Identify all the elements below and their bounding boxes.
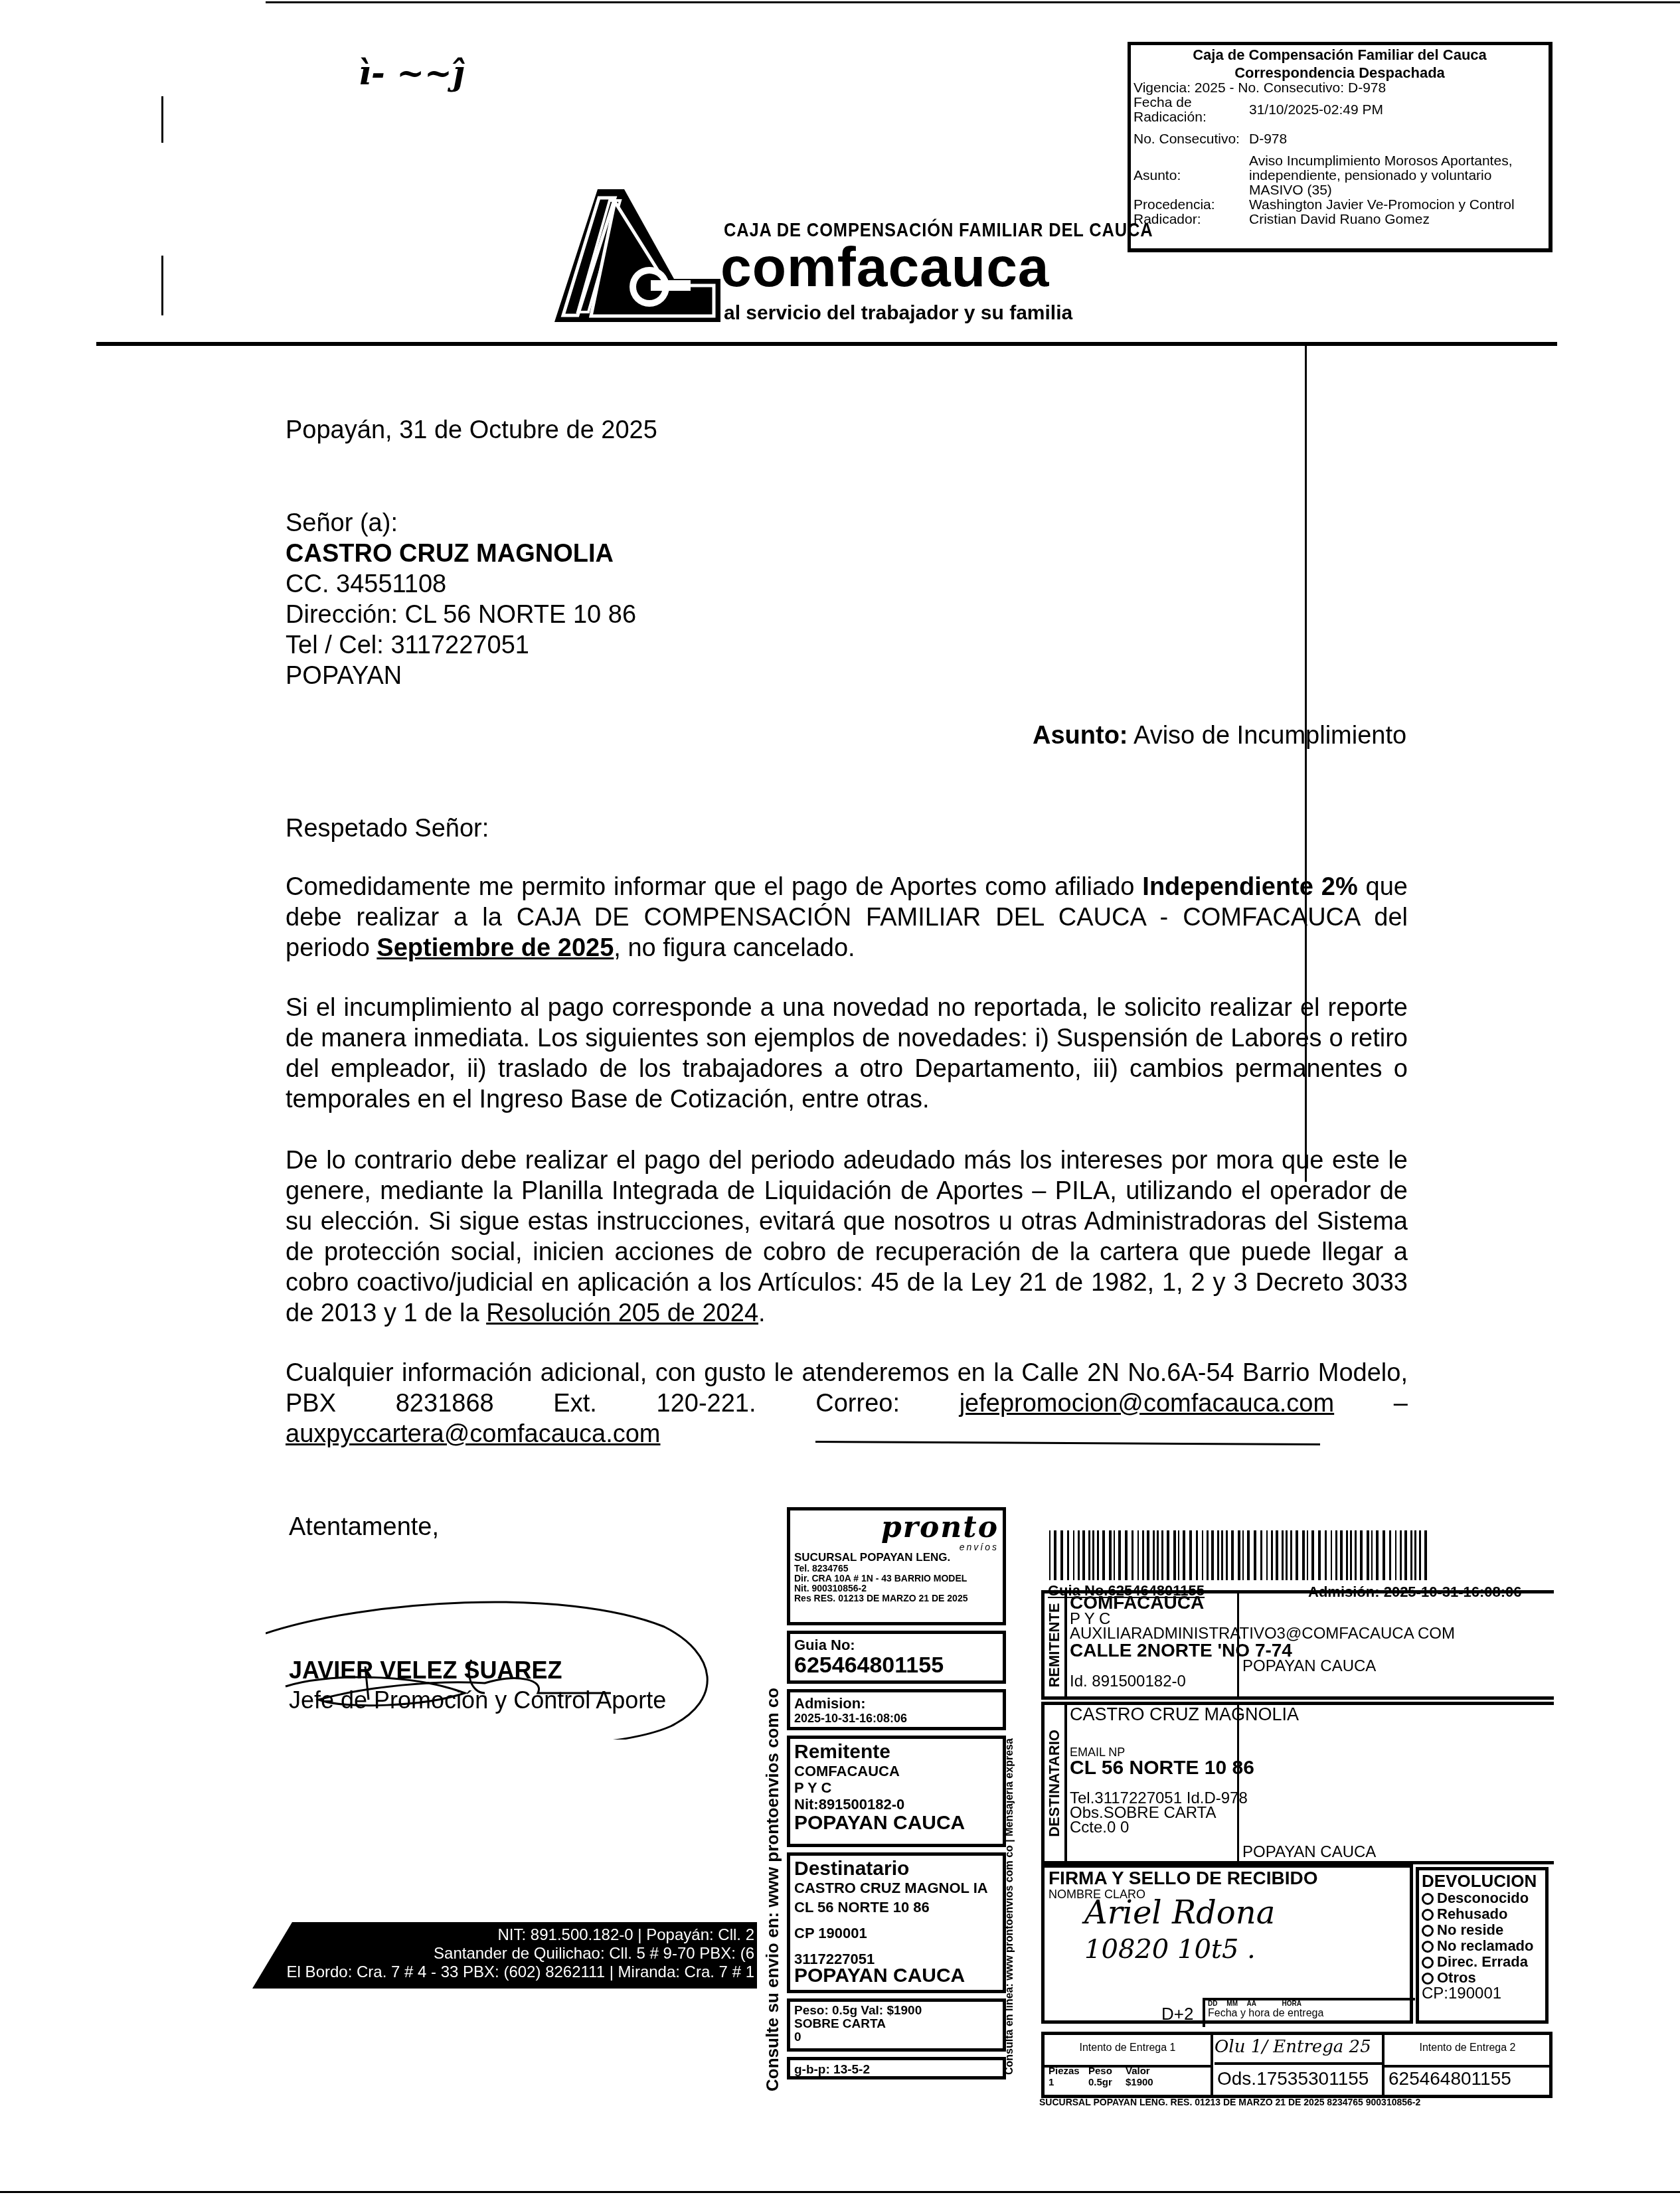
devolucion-option[interactable]: Rehusado: [1422, 1906, 1543, 1922]
option-label: No reclamado: [1437, 1937, 1534, 1954]
firma-title: FIRMA Y SELLO DE RECIBIDO: [1049, 1868, 1318, 1889]
stamp-title: Caja de Compensación Familiar del Cauca: [1131, 47, 1549, 63]
courier-dir: Dir. CRA 10A # 1N - 43 BARRIO MODEL: [794, 1574, 999, 1584]
letter-greeting: Respetado Señor:: [286, 813, 489, 844]
remitente-name: COMFACAUCA: [794, 1763, 999, 1779]
peso-value: Peso: 0.5g Val: $1900: [794, 2004, 999, 2018]
courier-footnote: SUCURSAL POPAYAN LENG. RES. 01213 DE MAR…: [1039, 2097, 1420, 2107]
comfacauca-logo-icon: [551, 186, 724, 325]
guia-label: Guia No:: [794, 1637, 999, 1653]
stamp-key: Fecha de Radicación:: [1131, 96, 1246, 125]
package-count: 0: [794, 2031, 999, 2044]
devolucion-title: DEVOLUCION: [1422, 1872, 1543, 1890]
destinatario-name: CASTRO CRUZ MAGNOL IA: [794, 1880, 999, 1896]
courier-vertical-text: Consulta en línea: www prontoenvios com …: [1004, 1738, 1016, 2075]
intento-1: Intento de Entrega 1: [1045, 2035, 1213, 2068]
courier-tel: Tel. 8234765: [794, 1564, 999, 1574]
correspondence-stamp: Caja de Compensación Familiar del Cauca …: [1128, 42, 1553, 252]
barcode-icon: [1049, 1530, 1434, 1580]
dest-ccte: Ccte.0 0: [1070, 1821, 1299, 1835]
remitente-box: Remitente COMFACAUCA P Y C Nit:891500182…: [787, 1736, 1006, 1847]
courier-vertical-text: Consulte su envio en: www prontoenvios c…: [762, 1688, 783, 2091]
valor-label: Valor: [1126, 2066, 1153, 2077]
footer-address-band: NIT: 891.500.182-0 | Popayán: Cll. 2 San…: [252, 1922, 757, 1989]
destinatario-city: POPAYAN CAUCA: [794, 1967, 999, 1985]
option-label: Rehusado: [1437, 1906, 1507, 1922]
remitente-tab-label: REMITENTE: [1046, 1603, 1063, 1687]
remitente-tab: REMITENTE: [1045, 1593, 1067, 1696]
letter-closing: Atentamente,: [289, 1512, 439, 1542]
courier-header-box: pronto envíos SUCURSAL POPAYAN LENG. Tel…: [787, 1507, 1006, 1625]
recipient-address: Dirección: CL 56 NORTE 10 86: [286, 600, 636, 630]
fecha-entrega-field[interactable]: DD MM AA HORA Fecha y hora de entrega: [1203, 1998, 1415, 2027]
paragraph-3: De lo contrario debe realizar el pago de…: [286, 1145, 1408, 1329]
guia-box: Guia No: 625464801155: [787, 1631, 1006, 1684]
gbp-code: g-b-p: 13-5-2: [794, 2062, 999, 2078]
courier-res: Res RES. 01213 DE MARZO 21 DE 2025: [794, 1593, 999, 1603]
recipient-salutation: Señor (a):: [286, 508, 636, 538]
letter-date: Popayán, 31 de Octubre de 2025: [286, 415, 657, 446]
signer-title: Jefe de Promoción y Control Aporte: [289, 1686, 666, 1714]
header-divider: [96, 342, 1557, 346]
paragraph-1: Comedidamente me permito informar que el…: [286, 872, 1408, 963]
peso-col: Peso0.5gr: [1088, 2066, 1112, 2088]
remitente-nit: Nit:891500182-0: [794, 1796, 999, 1813]
recipient-city: POPAYAN: [286, 661, 636, 691]
handwritten-recipient-name: Ariel Rdona: [1084, 1894, 1275, 1931]
radio-icon: [1422, 1973, 1434, 1985]
destinatario-tab-label: DESTINATARIO: [1046, 1730, 1063, 1837]
destinatario-address: CL 56 NORTE 10 86: [794, 1899, 999, 1915]
radio-icon: [1422, 1909, 1434, 1921]
period-due: Septiembre de 2025: [377, 934, 614, 962]
piezas-col: Piezas1: [1049, 2066, 1080, 2088]
courier-branch: SUCURSAL POPAYAN LENG.: [794, 1552, 999, 1564]
devolucion-option[interactable]: No reclamado: [1422, 1938, 1543, 1954]
destinatario-label: Destinatario: [794, 1858, 999, 1880]
stamp-row: Fecha de Radicación:31/10/2025-02:49 PM: [1131, 96, 1549, 125]
stamp-key: Procedencia:: [1131, 198, 1246, 212]
admision-label: Admision:: [794, 1695, 999, 1712]
email-link-jefepromocion[interactable]: jefepromocion@comfacauca.com: [960, 1390, 1335, 1418]
rem-id: Id. 891500182-0: [1070, 1674, 1455, 1689]
fecha-header: DD MM AA HORA: [1208, 2000, 1415, 2008]
fecha-label: Fecha y hora de entrega: [1208, 2008, 1415, 2020]
column-divider: [1237, 1705, 1239, 1864]
stamp-key: No. Consecutivo:: [1131, 125, 1246, 154]
resolution-ref: Resolución 205 de 2024: [486, 1299, 758, 1327]
p4-text: –: [1334, 1390, 1408, 1418]
option-label: No reside: [1437, 1921, 1503, 1938]
piezas-value: 1: [1049, 2077, 1080, 2088]
destinatario-tab: DESTINATARIO: [1045, 1705, 1067, 1861]
stamp-row: Procedencia:Washington Javier Ve-Promoci…: [1131, 198, 1549, 212]
scan-mark: [161, 256, 163, 315]
scan-edge-line: [0, 2191, 1680, 2193]
stamp-value: Washington Javier Ve-Promocion y Control: [1246, 198, 1549, 212]
radio-icon: [1422, 1925, 1434, 1937]
p1-text: , no figura cancelado.: [614, 934, 855, 962]
remitente-dept: P Y C: [794, 1779, 999, 1796]
radio-icon: [1422, 1941, 1434, 1953]
stamp-row: Asunto:Aviso Incumplimiento Morosos Apor…: [1131, 154, 1549, 198]
firma-section: FIRMA Y SELLO DE RECIBIDO NOMBRE CLARO A…: [1041, 1864, 1413, 2024]
brand-slogan: al servicio del trabajador y su familia: [724, 302, 1072, 325]
footer-line: NIT: 891.500.182-0 | Popayán: Cll. 2: [252, 1926, 757, 1945]
delivery-attempts: Intento de Entrega 1 Olu 1/ Entrega 25 I…: [1041, 2032, 1553, 2098]
remitente-label: Remitente: [794, 1742, 999, 1763]
recipient-name: CASTRO CRUZ MAGNOLIA: [286, 538, 636, 569]
p1-text: Comedidamente me permito informar que el…: [286, 873, 1142, 901]
courier-label-left: pronto envíos SUCURSAL POPAYAN LENG. Tel…: [787, 1507, 1006, 2085]
ods-number: Ods.17535301155: [1217, 2068, 1369, 2089]
stamp-value: Cristian David Ruano Gomez: [1246, 212, 1549, 227]
footer-line: El Bordo: Cra. 7 # 4 - 33 PBX: (602) 826…: [252, 1963, 757, 1982]
letter-subject: Asunto: Aviso de Incumplimiento: [1033, 720, 1406, 751]
dest-address: CL 56 NORTE 10 86: [1070, 1758, 1299, 1778]
paragraph-4: Cualquier información adicional, con gus…: [286, 1358, 1408, 1449]
devolucion-section: DEVOLUCION Desconocido Rehusado No resid…: [1416, 1867, 1549, 2024]
column-divider: [1211, 2065, 1213, 2098]
dest-city: POPAYAN CAUCA: [1242, 1843, 1376, 1862]
column-divider: [1382, 2065, 1385, 2098]
stamp-value: D-978: [1246, 125, 1549, 154]
handwritten-mark: ì- ~~ĵ: [359, 53, 464, 92]
devolucion-option[interactable]: Direc. Errada: [1422, 1954, 1543, 1970]
destinatario-cp: CP 190001: [794, 1925, 999, 1941]
destinatario-box: Destinatario CASTRO CRUZ MAGNOL IA CL 56…: [787, 1852, 1006, 1993]
pronto-logo-icon: pronto: [794, 1513, 999, 1542]
scan-mark: [161, 96, 163, 143]
devolucion-option[interactable]: Otros: [1422, 1970, 1543, 1986]
remitente-section: REMITENTE COMFACAUCA P Y C AUXILIARADMIN…: [1041, 1590, 1554, 1700]
stamp-value: 31/10/2025-02:49 PM: [1246, 96, 1549, 125]
peso-value: 0.5gr: [1088, 2077, 1112, 2088]
subject-label: Asunto:: [1033, 722, 1128, 750]
option-label: Direc. Errada: [1437, 1953, 1528, 1970]
option-label: Desconocido: [1437, 1890, 1529, 1906]
subject-text: Aviso de Incumplimiento: [1134, 722, 1406, 750]
devolucion-option[interactable]: No reside: [1422, 1922, 1543, 1938]
gbp-box: g-b-p: 13-5-2: [787, 2057, 1006, 2079]
destinatario-details: CASTRO CRUZ MAGNOLIA EMAIL NP CL 56 NORT…: [1070, 1705, 1299, 1835]
intento-2: Intento de Entrega 2: [1385, 2035, 1551, 2068]
devolucion-option[interactable]: Desconocido: [1422, 1890, 1543, 1906]
peso-label: Peso: [1088, 2066, 1112, 2077]
option-label: Otros: [1437, 1969, 1476, 1986]
rem-name: COMFACAUCA: [1070, 1593, 1455, 1612]
p3-text: .: [758, 1299, 766, 1327]
signer-name: JAVIER VELEZ SUAREZ: [289, 1657, 562, 1684]
recipient-block: Señor (a): CASTRO CRUZ MAGNOLIA CC. 3455…: [286, 508, 636, 691]
footer-line: Santander de Quilichao: Cll. 5 # 9-70 PB…: [252, 1945, 757, 1963]
stamp-row: Radicador:Cristian David Ruano Gomez: [1131, 212, 1549, 227]
intento-handwritten: Olu 1/ Entrega 25: [1215, 2032, 1385, 2065]
courier-nit: Nit. 900310856-2: [794, 1584, 999, 1593]
stamp-row: No. Consecutivo:D-978: [1131, 125, 1549, 154]
radio-icon: [1422, 1893, 1434, 1905]
guia-repeat: 625464801155: [1388, 2068, 1511, 2089]
package-type: SOBRE CARTA: [794, 2018, 999, 2031]
remitente-city: POPAYAN CAUCA: [794, 1813, 999, 1834]
devolucion-cp: CP:190001: [1422, 1986, 1543, 2002]
recipient-id: CC. 34551108: [286, 569, 636, 600]
brand-name: comfacauca: [720, 239, 1050, 295]
paragraph-2: Si el incumplimiento al pago corresponde…: [286, 993, 1408, 1115]
recipient-phone: Tel / Cel: 3117227051: [286, 630, 636, 661]
handwritten-recipient-id: 10820 10t5 .: [1084, 1934, 1256, 1965]
valor-col: Valor$1900: [1126, 2066, 1153, 2088]
stamp-subtitle: Correspondencia Despachada: [1131, 65, 1549, 81]
stamp-value: Aviso Incumplimiento Morosos Aportantes,…: [1246, 154, 1549, 198]
stamp-vigencia: Vigencia: 2025 - No. Consecutivo: D-978: [1131, 81, 1549, 96]
scan-edge-line: [266, 1, 1680, 3]
stamp-table: Fecha de Radicación:31/10/2025-02:49 PM …: [1131, 96, 1549, 227]
affiliation-type: Independiente 2%: [1142, 873, 1357, 901]
admision-box: Admision: 2025-10-31-16:08:06: [787, 1689, 1006, 1730]
email-link-auxpyccartera[interactable]: auxpyccartera@comfacauca.com: [286, 1420, 660, 1448]
stamp-key: Radicador:: [1131, 212, 1246, 227]
guia-number: 625464801155: [794, 1653, 999, 1677]
peso-box: Peso: 0.5g Val: $1900 SOBRE CARTA 0: [787, 1998, 1006, 2052]
radio-icon: [1422, 1957, 1434, 1969]
stamp-key: Asunto:: [1131, 154, 1246, 198]
destinatario-section: DESTINATARIO CASTRO CRUZ MAGNOLIA EMAIL …: [1041, 1702, 1554, 1864]
piezas-label: Piezas: [1049, 2066, 1080, 2077]
p3-text: De lo contrario debe realizar el pago de…: [286, 1147, 1408, 1327]
column-divider: [1237, 1593, 1239, 1700]
rem-city: POPAYAN CAUCA: [1242, 1657, 1376, 1676]
valor-value: $1900: [1126, 2077, 1153, 2088]
delivery-term: D+2: [1161, 2004, 1193, 2024]
admision-value: 2025-10-31-16:08:06: [794, 1712, 999, 1725]
rem-email: AUXILIARADMINISTRATIVO3@COMFACAUCA COM: [1070, 1627, 1455, 1641]
dest-name: CASTRO CRUZ MAGNOLIA: [1070, 1705, 1299, 1724]
